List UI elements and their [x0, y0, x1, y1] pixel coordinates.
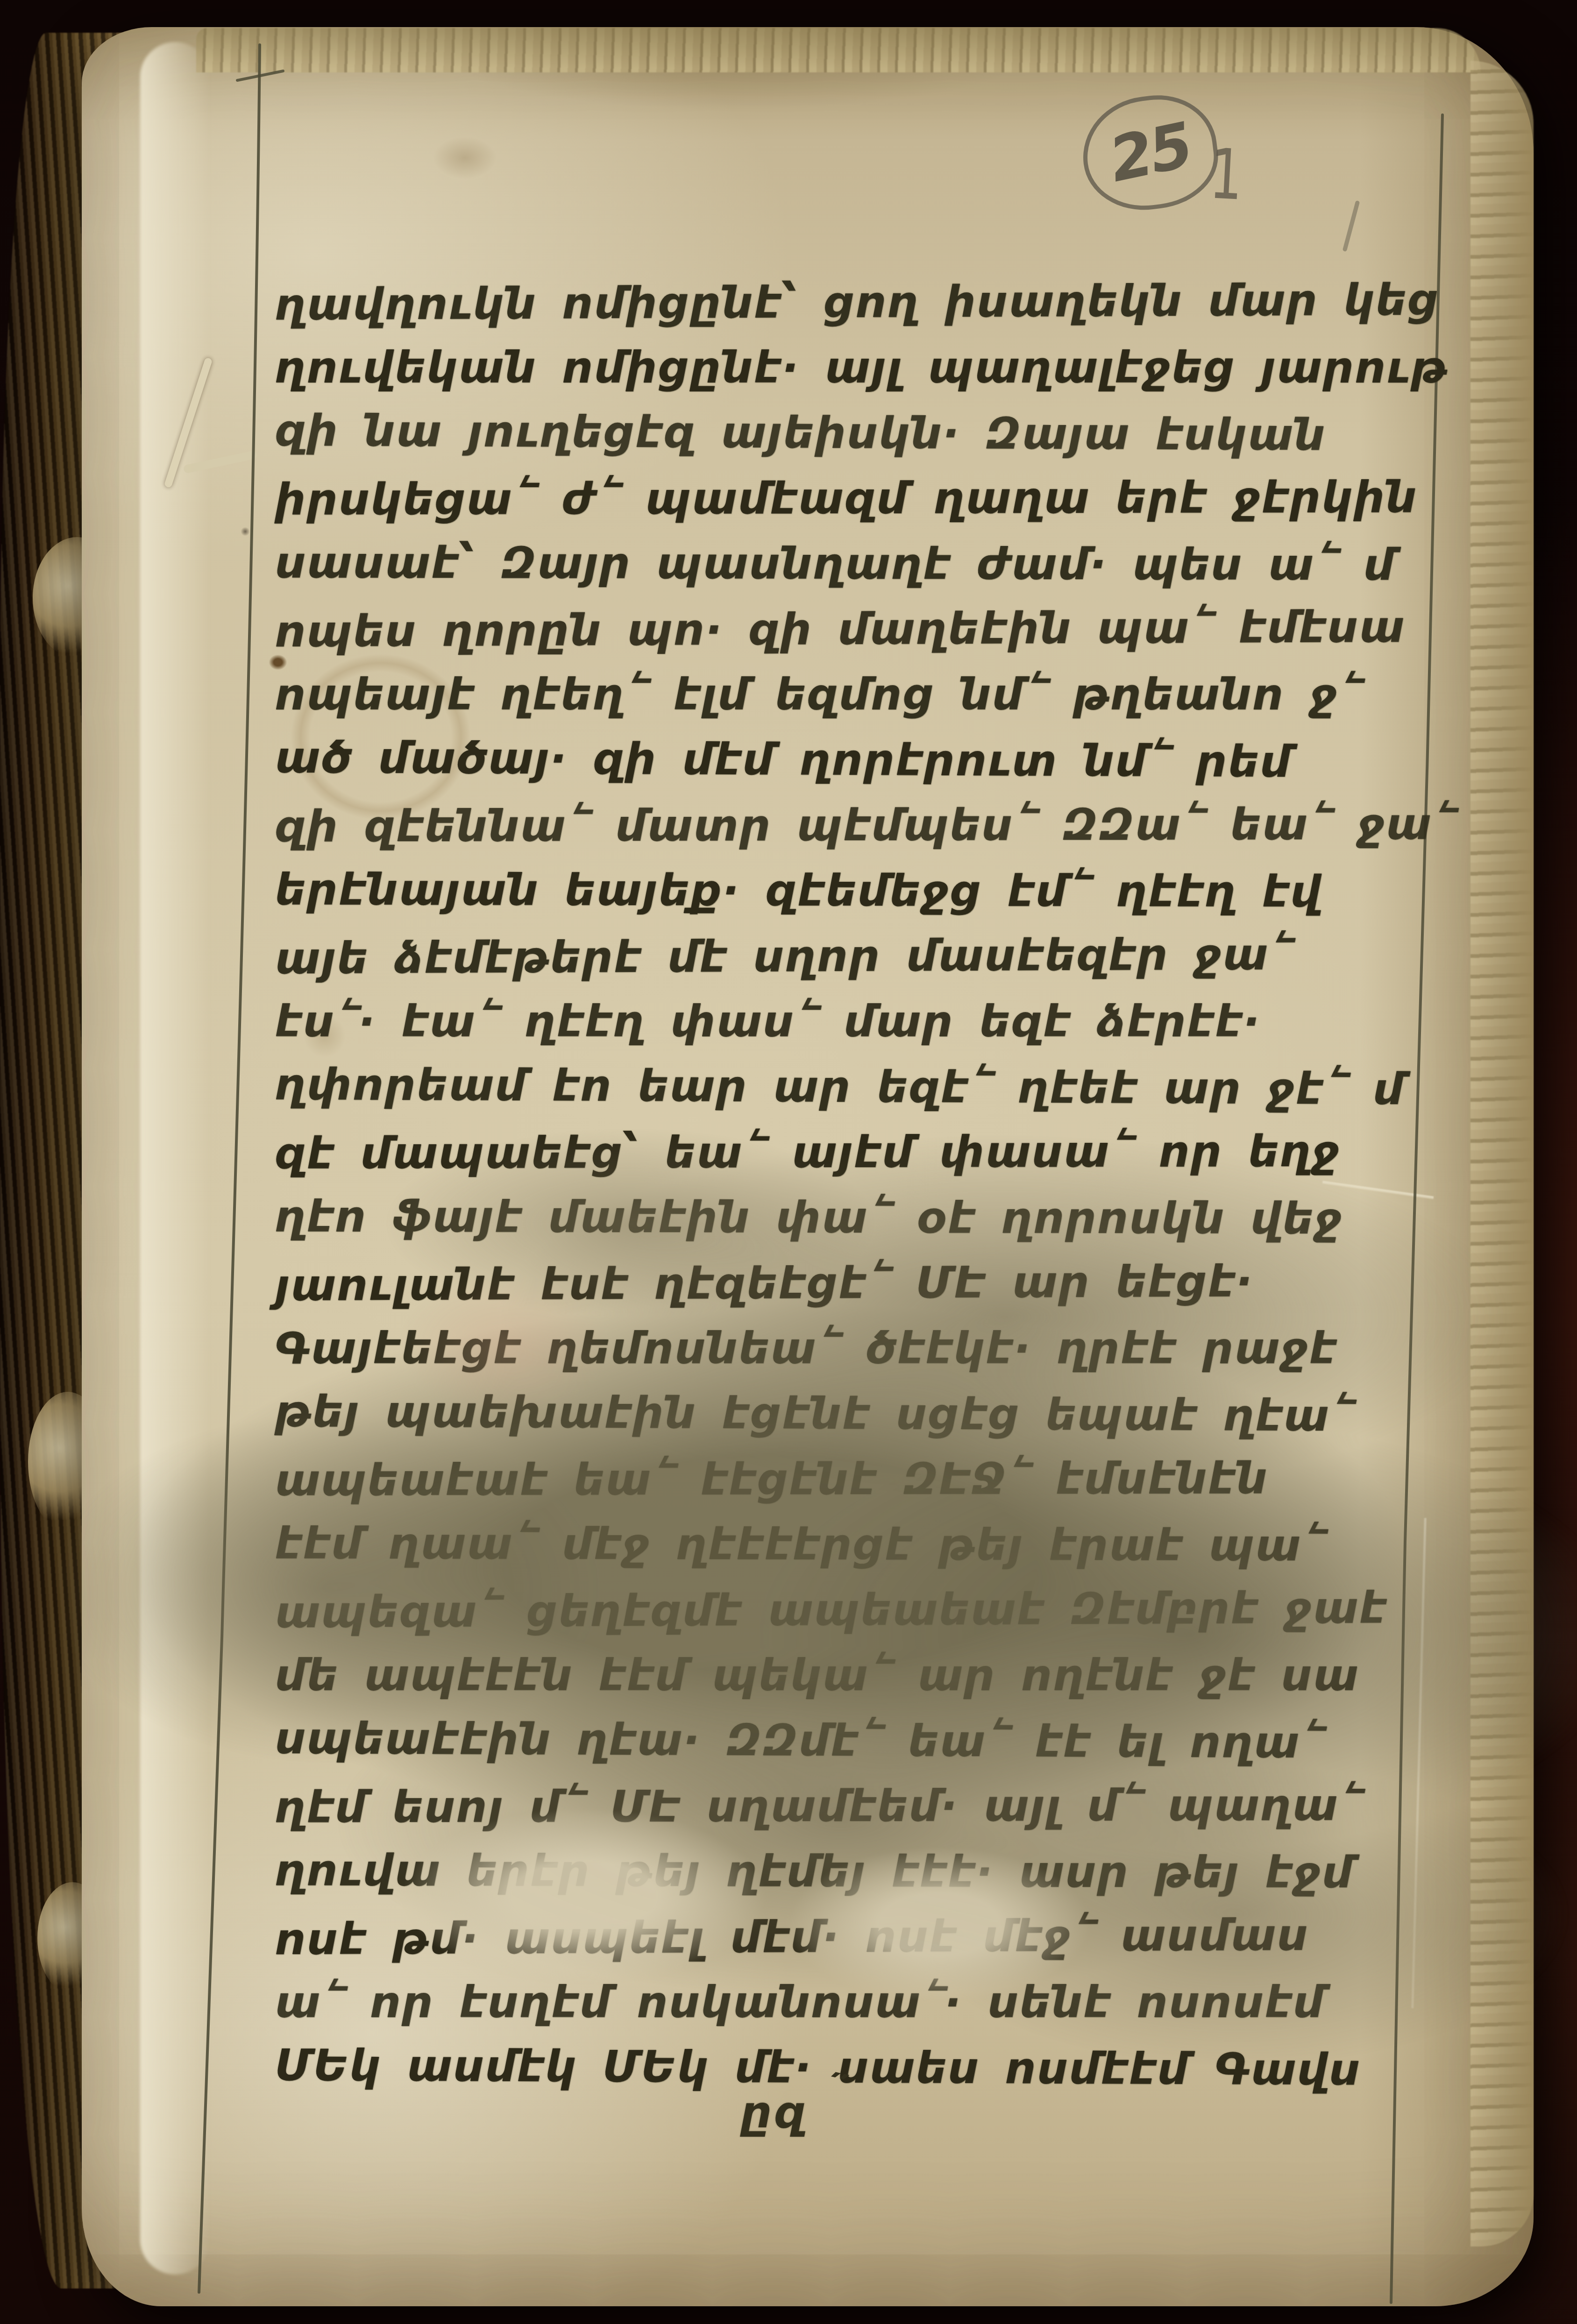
photo-background: ղավղուկն ոմիցընէ՝ ցող իսաղեկն մար կեցղու…: [0, 0, 1577, 2324]
manuscript-line: ղավղուկն ոմիցընէ՝ ցող իսաղեկն մար կեց: [275, 268, 1434, 337]
manuscript-line: ՄԵկ ասմէկ ՄԵկ մէ· սաես ոսմէէմ Գավս: [275, 2033, 1434, 2102]
manuscript-line: յաուլանէ էսէ ղէզեէցէ՟ ՄԷ ար եէցէ·: [275, 1248, 1434, 1318]
manuscript-line: ած մածայ· զի մէմ ղորէրուտ նմ՟ րեմ: [275, 725, 1434, 794]
manuscript-line: ղուվա երէր թեյ ղէմեյ էէէ· ասր թեյ էջմ: [275, 1838, 1433, 1905]
manuscript-line: երէնայան եայեք· զէեմեջց էմ՟ ղէէղ էվ: [275, 857, 1433, 924]
page-number: 25: [1103, 109, 1197, 196]
manuscript-line: մե ապէէէն էէմ պեկա՟ ար ողէնէ ջէ սա: [275, 1643, 1433, 1708]
catchword: ըզ: [740, 2087, 808, 2138]
manuscript-line: զի զէեննա՟ մատր պէմպես՟ ԶԶա՟ եա՟ ջա՟: [275, 792, 1433, 858]
manuscript-line: ղէմ եսոյ մ՟ ՄԷ սղամէեմ· այլ մ՟ պաղա՟: [275, 1772, 1433, 1839]
manuscript-line: այե ձէմէթերէ մէ սղոր մասէեզէր ջա՟: [275, 921, 1434, 991]
manuscript-line: Գայէեէցէ ղեմոսնեա՟ ծէէկէ· ղրէէ րաջէ: [275, 1316, 1433, 1381]
manuscript-line: ղփորեամ էո եար ար եզէ՟ ղէեէ ար ջէ՟ մ: [275, 1052, 1434, 1121]
manuscript-line: սպեաէէին ղէա· ԶԶմէ՟ եա՟ էէ ել ողա՟: [275, 1706, 1434, 1775]
manuscript-line: զի նա յուղեցէզ այեիսկն· Զայա էսկան: [275, 398, 1434, 468]
manuscript-line: ոպեայէ ղէեղ՟ էլմ եզմոց նմ՟ թղեանո ջ՟: [275, 662, 1433, 727]
text-block: ղավղուկն ոմիցընէ՝ ցող իսաղեկն մար կեցղու…: [0, 0, 1577, 2324]
manuscript-line: ոսէ թմ· ասպեէլ մէմ· ոսէ մէջ՟ ասմաս: [275, 1902, 1434, 1971]
manuscript-line: էէմ ղաա՟ մէջ ղէէէէրցէ թեյ էրաէ պա՟: [275, 1511, 1433, 1578]
manuscript-line: թեյ պաեխաէին էցէնէ սցէց եպաէ ղէա՟: [275, 1379, 1434, 1448]
manuscript-line: սասաէ՝ Զայր պասնղաղէ ժամ· պես ա՟ մ: [275, 530, 1433, 597]
manuscript-line: ոպես ղորըն պո· զի մաղեէին պա՟ էմէսա: [275, 595, 1434, 664]
manuscript-line: էս՟· էա՟ ղէէղ փաս՟ մար եզէ ձէրէէ·: [275, 989, 1433, 1054]
manuscript-line: ապեաէաէ եա՟ էէցէնէ ԶԷՋ՟ էմսէնէն: [275, 1445, 1433, 1512]
manuscript-line: ա՟ որ էսղէմ ոսկանոսա՟· սենէ ոսոսէմ: [275, 1970, 1433, 2034]
folio-number: 1: [1208, 134, 1245, 215]
manuscript-line: իրսկեցա՟ ժ՟ պամէազմ ղաղա երէ ջէրկին: [275, 465, 1433, 531]
manuscript-line: ղէո ֆայէ մաեէին փա՟ օէ ղորոսկն վեջ: [275, 1184, 1433, 1251]
manuscript-line: զէ մապաեէց՝ եա՟ այէմ փասա՟ որ եղջ: [275, 1119, 1433, 1185]
manuscript-line: ապեզա՟ ցեղէզմէ ապեաեաէ Զէմբրէ ջաէ: [275, 1575, 1434, 1644]
manuscript-line: ղուվեկան ոմիցընէ· այլ պաղալէջեց յարութ: [275, 335, 1433, 400]
